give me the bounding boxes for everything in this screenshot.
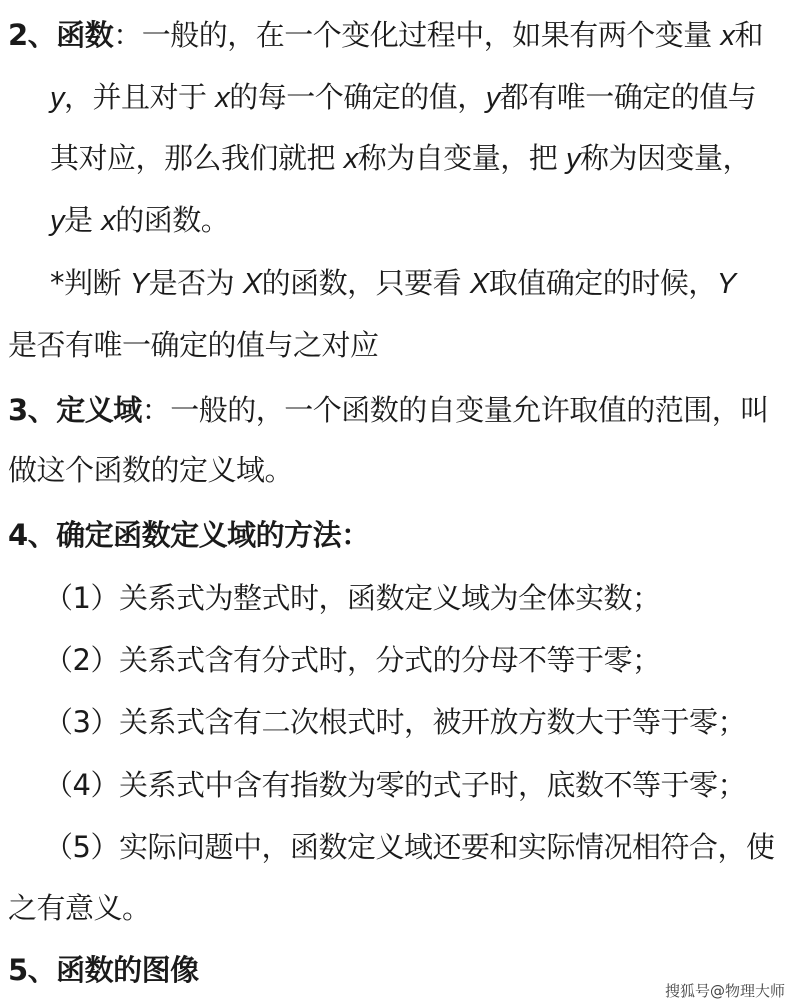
list-item: （2）关系式含有分式时，分式的分母不等于零； [44, 640, 660, 680]
text-fragment: 其对应，那么我们就把 [50, 141, 344, 175]
section-2-line-1: 2、函数：一般的，在一个变化过程中，如果有两个变量 x和 [8, 15, 763, 55]
text-fragment: 是 [64, 203, 101, 237]
list-item: （5）实际问题中，函数定义域还要和实际情况相符合，使 [44, 827, 774, 867]
section-2-colon: ： [113, 18, 142, 52]
section-2-title: 函数 [56, 18, 113, 52]
section-2-note-line-1: *判断 Y是否为 X的函数，只要看 X取值确定的时候，Y [50, 263, 736, 303]
section-3-number: 3、 [8, 393, 56, 427]
watermark: 搜狐号@物理大师 [665, 980, 785, 1001]
var-x: x [720, 20, 734, 52]
var-x: x [101, 205, 115, 237]
section-5-heading-text: 5、函数的图像 [8, 953, 199, 987]
section-2-number: 2、 [8, 18, 56, 52]
var-y: y [566, 143, 580, 175]
text-fragment: *判断 [50, 266, 130, 300]
section-3-line-2: 做这个函数的定义域。 [8, 450, 293, 490]
section-4-heading: 4、确定函数定义域的方法： [8, 515, 370, 555]
list-item-text: （4）关系式中含有指数为零的式子时，底数不等于零； [44, 768, 746, 802]
var-y: y [50, 82, 64, 114]
section-3-line-1: 3、定义域：一般的，一个函数的自变量允许取值的范围，叫 [8, 390, 769, 430]
section-2-note-line-2: 是否有唯一确定的值与之对应 [8, 325, 379, 365]
text-fragment: ，并且对于 [64, 80, 215, 114]
text-fragment: 是否为 [149, 266, 243, 300]
list-item: （3）关系式含有二次根式时，被开放方数大于等于零； [44, 702, 746, 742]
text-fragment: 的每一个确定的值， [229, 80, 486, 114]
section-4-heading-text: 4、确定函数定义域的方法： [8, 518, 370, 552]
list-item-text: （3）关系式含有二次根式时，被开放方数大于等于零； [44, 705, 746, 739]
list-item-text: （5）实际问题中，函数定义域还要和实际情况相符合，使 [44, 830, 774, 864]
var-x: x [344, 143, 358, 175]
list-item-text: 之有意义。 [8, 891, 151, 925]
list-item: （4）关系式中含有指数为零的式子时，底数不等于零； [44, 765, 746, 805]
text-fragment: 称为因变量， [580, 141, 751, 175]
text-fragment: 取值确定的时候， [489, 266, 717, 300]
section-2-line-3: 其对应，那么我们就把 x称为自变量，把 y称为因变量， [50, 138, 751, 178]
var-y: y [486, 82, 500, 114]
list-item-text: （2）关系式含有分式时，分式的分母不等于零； [44, 643, 660, 677]
var-Y: Y [130, 268, 149, 300]
text-fragment: 称为自变量，把 [358, 141, 566, 175]
text-fragment: 都有唯一确定的值与 [500, 80, 757, 114]
section-5-heading: 5、函数的图像 [8, 950, 199, 990]
text-fragment: 的函数。 [115, 203, 229, 237]
text-fragment: 是否有唯一确定的值与之对应 [8, 328, 379, 362]
var-Y: Y [717, 268, 736, 300]
var-y: y [50, 205, 64, 237]
list-item-text: （1）关系式为整式时，函数定义域为全体实数； [44, 581, 660, 615]
var-x: x [215, 82, 229, 114]
list-item-continuation: 之有意义。 [8, 888, 151, 928]
text-fragment: 和 [734, 18, 763, 52]
section-2-line-2: y，并且对于 x的每一个确定的值，y都有唯一确定的值与 [50, 77, 756, 117]
text-fragment: 做这个函数的定义域。 [8, 453, 293, 487]
text-fragment: 的函数，只要看 [262, 266, 470, 300]
list-item: （1）关系式为整式时，函数定义域为全体实数； [44, 578, 660, 618]
section-3-colon: ： [142, 393, 171, 427]
section-3-title: 定义域 [56, 393, 142, 427]
var-X: X [470, 268, 489, 300]
section-2-line-4: y是 x的函数。 [50, 200, 229, 240]
var-X: X [243, 268, 262, 300]
section-2-text: 一般的，在一个变化过程中，如果有两个变量 [142, 18, 721, 52]
section-3-text: 一般的，一个函数的自变量允许取值的范围，叫 [170, 393, 769, 427]
